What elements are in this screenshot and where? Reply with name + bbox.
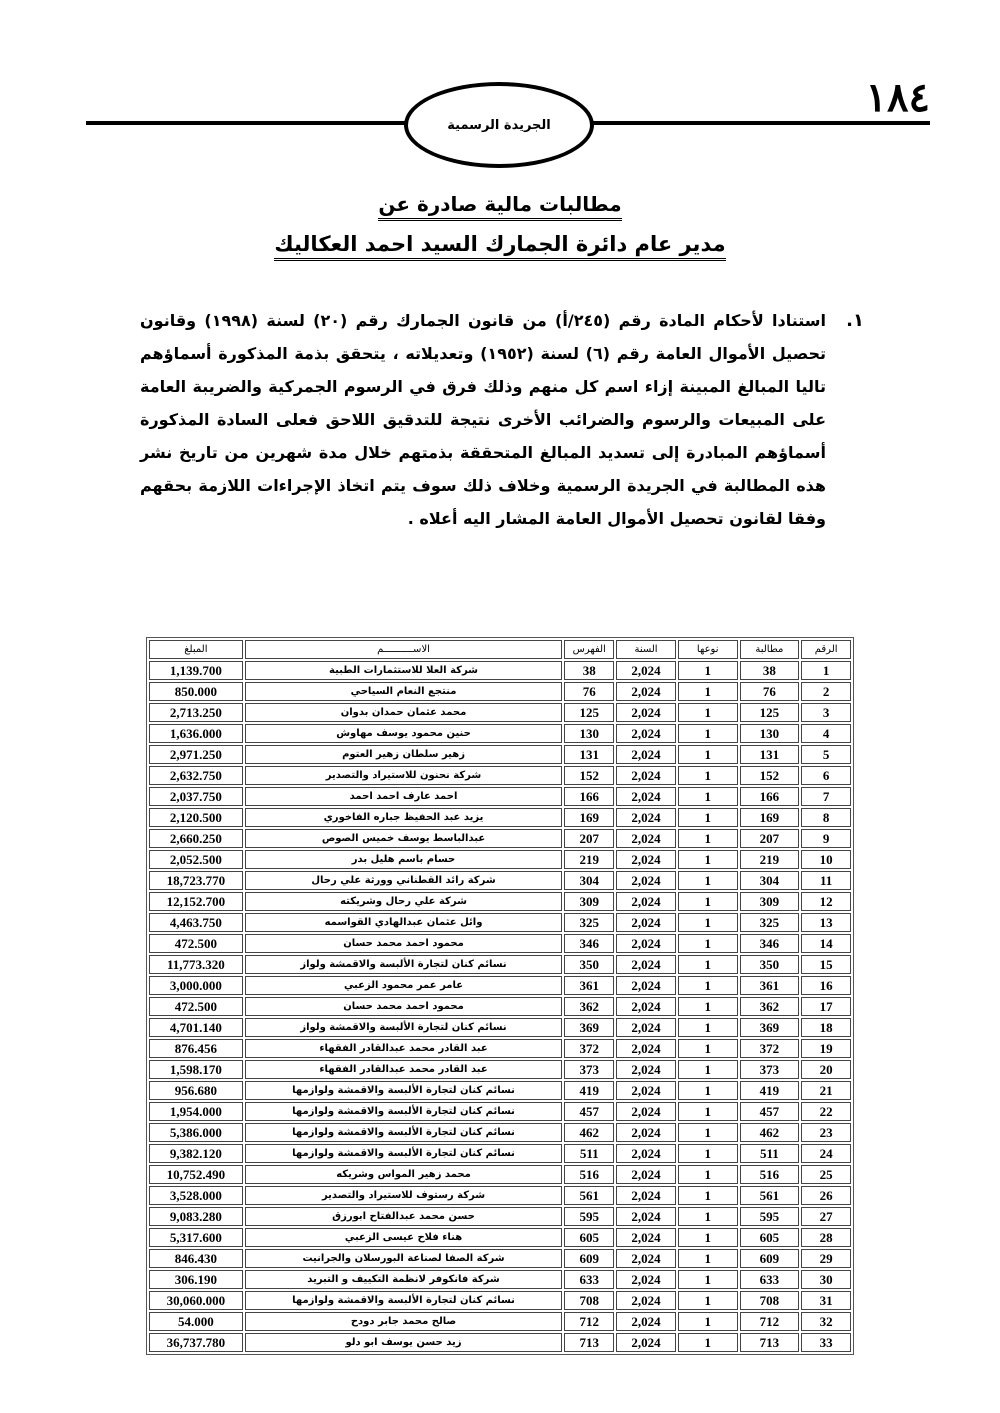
cell-idx: 31 [801, 1291, 851, 1310]
cell-idx: 32 [801, 1312, 851, 1331]
col-header-amount: المبلغ [149, 640, 243, 659]
table-row: 2037312,024373عبد القادر محمد عبدالقادر … [149, 1060, 851, 1079]
table-row: 816912,024169يزيد عبد الحفيظ جباره الفاخ… [149, 808, 851, 827]
table-body: 13812,02438شركة العلا للاستثمارات الطبية… [149, 661, 851, 1352]
cell-name: محمود احمد محمد حسان [245, 997, 563, 1016]
cell-idx: 5 [801, 745, 851, 764]
cell-type: 1 [678, 1060, 738, 1079]
cell-amount: 472.500 [149, 997, 243, 1016]
cell-amount: 36,737.780 [149, 1333, 243, 1352]
table-row: 615212,024152شركة نحنون للاستيراد والتصد… [149, 766, 851, 785]
cell-year: 2,024 [616, 745, 676, 764]
cell-idx: 14 [801, 934, 851, 953]
cell-amount: 3,000.000 [149, 976, 243, 995]
cell-type: 1 [678, 1102, 738, 1121]
cell-index: 561 [564, 1186, 614, 1205]
cell-idx: 26 [801, 1186, 851, 1205]
cell-claim: 462 [740, 1123, 800, 1142]
cell-amount: 9,382.120 [149, 1144, 243, 1163]
table-row: 1937212,024372عبد القادر محمد عبدالقادر … [149, 1039, 851, 1058]
table-row: 312512,024125محمد عثمان حمدان بدوان2,713… [149, 703, 851, 722]
cell-claim: 362 [740, 997, 800, 1016]
cell-index: 369 [564, 1018, 614, 1037]
cell-claim: 350 [740, 955, 800, 974]
cell-name: نسائم كنان لتجارة الألبسة والاقمشة ولواز… [245, 1081, 563, 1100]
cell-year: 2,024 [616, 871, 676, 890]
cell-idx: 2 [801, 682, 851, 701]
cell-year: 2,024 [616, 1249, 676, 1268]
cell-idx: 25 [801, 1165, 851, 1184]
cell-name: حنين محمود يوسف مهاوش [245, 724, 563, 743]
cell-amount: 4,701.140 [149, 1018, 243, 1037]
cell-name: نسائم كنان لتجارة الألبسة والاقمشة ولواز… [245, 1144, 563, 1163]
cell-index: 304 [564, 871, 614, 890]
cell-type: 1 [678, 1270, 738, 1289]
cell-year: 2,024 [616, 1165, 676, 1184]
cell-name: عبد القادر محمد عبدالقادر الفقهاء [245, 1039, 563, 1058]
cell-year: 2,024 [616, 1207, 676, 1226]
table-row: 2759512,024595حسن محمد عبدالفتاح ابورزق9… [149, 1207, 851, 1226]
cell-index: 708 [564, 1291, 614, 1310]
cell-year: 2,024 [616, 808, 676, 827]
cell-type: 1 [678, 1081, 738, 1100]
cell-claim: 713 [740, 1333, 800, 1352]
table-row: 3063312,024633شركة فانكوفر لانظمة التكيي… [149, 1270, 851, 1289]
cell-type: 1 [678, 661, 738, 680]
cell-amount: 54.000 [149, 1312, 243, 1331]
cell-index: 38 [564, 661, 614, 680]
cell-idx: 1 [801, 661, 851, 680]
cell-index: 130 [564, 724, 614, 743]
cell-type: 1 [678, 787, 738, 806]
publication-name: الجريدة الرسمية [447, 118, 551, 133]
cell-type: 1 [678, 871, 738, 890]
cell-amount: 2,971.250 [149, 745, 243, 764]
cell-claim: 419 [740, 1081, 800, 1100]
cell-index: 419 [564, 1081, 614, 1100]
cell-type: 1 [678, 745, 738, 764]
cell-claim: 130 [740, 724, 800, 743]
cell-index: 169 [564, 808, 614, 827]
cell-amount: 18,723.770 [149, 871, 243, 890]
cell-type: 1 [678, 892, 738, 911]
title-line-2: مدير عام دائرة الجمارك السيد احمد العكال… [274, 232, 725, 261]
cell-idx: 27 [801, 1207, 851, 1226]
cell-index: 633 [564, 1270, 614, 1289]
cell-index: 712 [564, 1312, 614, 1331]
cell-name: زهير سلطان زهير العتوم [245, 745, 563, 764]
cell-name: عامر عمر محمود الزعبي [245, 976, 563, 995]
table-row: 2245712,024457نسائم كنان لتجارة الألبسة … [149, 1102, 851, 1121]
cell-year: 2,024 [616, 850, 676, 869]
cell-claim: 309 [740, 892, 800, 911]
claims-table: الرقم مطالبة نوعها السنة الفهرس الاســــ… [146, 637, 854, 1355]
cell-index: 166 [564, 787, 614, 806]
title-line-1: مطالبات مالية صادرة عن [378, 192, 621, 221]
cell-type: 1 [678, 997, 738, 1016]
cell-amount: 9,083.280 [149, 1207, 243, 1226]
cell-idx: 16 [801, 976, 851, 995]
table-row: 3271212,024712صالح محمد جابر دودح54.000 [149, 1312, 851, 1331]
cell-name: شركة علي رحال وشريكته [245, 892, 563, 911]
cell-claim: 219 [740, 850, 800, 869]
cell-year: 2,024 [616, 976, 676, 995]
cell-year: 2,024 [616, 1039, 676, 1058]
cell-idx: 11 [801, 871, 851, 890]
table-row: 27612,02476منتجع النعام السياحي850.000 [149, 682, 851, 701]
cell-idx: 4 [801, 724, 851, 743]
cell-type: 1 [678, 976, 738, 995]
table-row: 1736212,024362محمود احمد محمد حسان472.50… [149, 997, 851, 1016]
cell-idx: 8 [801, 808, 851, 827]
cell-year: 2,024 [616, 829, 676, 848]
table-row: 1130412,024304شركة رائد القطناني وورثة ع… [149, 871, 851, 890]
cell-idx: 19 [801, 1039, 851, 1058]
cell-year: 2,024 [616, 1144, 676, 1163]
table-row: 1332512,024325وائل عثمان عبدالهادي القوا… [149, 913, 851, 932]
cell-idx: 30 [801, 1270, 851, 1289]
col-header-idx: الرقم [801, 640, 851, 659]
cell-claim: 372 [740, 1039, 800, 1058]
cell-name: محمود احمد محمد حسان [245, 934, 563, 953]
table-row: 2960912,024609شركة الصفا لصناعة البورسلا… [149, 1249, 851, 1268]
col-header-name: الاســــــــــم [245, 640, 563, 659]
cell-amount: 850.000 [149, 682, 243, 701]
cell-name: زيد حسن يوسف ابو دلو [245, 1333, 563, 1352]
cell-index: 516 [564, 1165, 614, 1184]
cell-claim: 131 [740, 745, 800, 764]
cell-name: نسائم كنان لتجارة الألبسة والاقمشة ولواز [245, 955, 563, 974]
cell-type: 1 [678, 1165, 738, 1184]
table-row: 3170812,024708نسائم كنان لتجارة الألبسة … [149, 1291, 851, 1310]
cell-name: وائل عثمان عبدالهادي القواسمه [245, 913, 563, 932]
cell-name: نسائم كنان لتجارة الألبسة والاقمشة ولواز… [245, 1123, 563, 1142]
cell-idx: 13 [801, 913, 851, 932]
cell-amount: 1,598.170 [149, 1060, 243, 1079]
cell-claim: 38 [740, 661, 800, 680]
cell-claim: 595 [740, 1207, 800, 1226]
table-row: 513112,024131زهير سلطان زهير العتوم2,971… [149, 745, 851, 764]
cell-type: 1 [678, 1228, 738, 1247]
cell-amount: 306.190 [149, 1270, 243, 1289]
notice-paragraph: استنادا لأحكام المادة رقم (٢٤٥/أ) من قان… [140, 304, 826, 535]
cell-type: 1 [678, 1333, 738, 1352]
cell-type: 1 [678, 1039, 738, 1058]
cell-year: 2,024 [616, 661, 676, 680]
cell-amount: 876.456 [149, 1039, 243, 1058]
cell-claim: 361 [740, 976, 800, 995]
cell-name: محمد عثمان حمدان بدوان [245, 703, 563, 722]
cell-type: 1 [678, 1312, 738, 1331]
cell-index: 361 [564, 976, 614, 995]
cell-amount: 2,037.750 [149, 787, 243, 806]
cell-year: 2,024 [616, 1291, 676, 1310]
cell-year: 2,024 [616, 1018, 676, 1037]
cell-year: 2,024 [616, 997, 676, 1016]
cell-idx: 9 [801, 829, 851, 848]
cell-idx: 29 [801, 1249, 851, 1268]
cell-amount: 2,660.250 [149, 829, 243, 848]
cell-amount: 2,632.750 [149, 766, 243, 785]
cell-idx: 17 [801, 997, 851, 1016]
cell-year: 2,024 [616, 1270, 676, 1289]
cell-year: 2,024 [616, 1333, 676, 1352]
cell-index: 125 [564, 703, 614, 722]
cell-type: 1 [678, 1144, 738, 1163]
table-row: 1230912,024309شركة علي رحال وشريكته12,15… [149, 892, 851, 911]
table-row: 1535012,024350نسائم كنان لتجارة الألبسة … [149, 955, 851, 974]
cell-amount: 4,463.750 [149, 913, 243, 932]
cell-index: 605 [564, 1228, 614, 1247]
table-row: 2451112,024511نسائم كنان لتجارة الألبسة … [149, 1144, 851, 1163]
cell-name: حسن محمد عبدالفتاح ابورزق [245, 1207, 563, 1226]
cell-type: 1 [678, 913, 738, 932]
cell-year: 2,024 [616, 682, 676, 701]
document-subtitle: مدير عام دائرة الجمارك السيد احمد العكال… [0, 232, 1000, 256]
cell-type: 1 [678, 1249, 738, 1268]
cell-amount: 11,773.320 [149, 955, 243, 974]
table-row: 1636112,024361عامر عمر محمود الزعبي3,000… [149, 976, 851, 995]
cell-year: 2,024 [616, 913, 676, 932]
table-row: 3371312,024713زيد حسن يوسف ابو دلو36,737… [149, 1333, 851, 1352]
cell-name: نسائم كنان لتجارة الألبسة والاقمشة ولواز… [245, 1291, 563, 1310]
cell-name: شركة الصفا لصناعة البورسلان والجرانيت [245, 1249, 563, 1268]
cell-type: 1 [678, 703, 738, 722]
cell-year: 2,024 [616, 1060, 676, 1079]
cell-name: عبد القادر محمد عبدالقادر الفقهاء [245, 1060, 563, 1079]
cell-year: 2,024 [616, 955, 676, 974]
cell-claim: 457 [740, 1102, 800, 1121]
cell-claim: 511 [740, 1144, 800, 1163]
cell-claim: 633 [740, 1270, 800, 1289]
table-row: 2860512,024605هناء فلاح عيسى الزعبي5,317… [149, 1228, 851, 1247]
cell-amount: 1,139.700 [149, 661, 243, 680]
table-row: 2141912,024419نسائم كنان لتجارة الألبسة … [149, 1081, 851, 1100]
col-header-index: الفهرس [564, 640, 614, 659]
cell-type: 1 [678, 1291, 738, 1310]
cell-claim: 325 [740, 913, 800, 932]
cell-amount: 5,317.600 [149, 1228, 243, 1247]
cell-name: يزيد عبد الحفيظ جباره الفاخوري [245, 808, 563, 827]
cell-index: 373 [564, 1060, 614, 1079]
table-row: 2656112,024561شركة رستوف للاستيراد والتص… [149, 1186, 851, 1205]
cell-amount: 5,386.000 [149, 1123, 243, 1142]
cell-amount: 1,954.000 [149, 1102, 243, 1121]
cell-year: 2,024 [616, 1228, 676, 1247]
cell-name: شركة العلا للاستثمارات الطبية [245, 661, 563, 680]
cell-year: 2,024 [616, 766, 676, 785]
col-header-type: نوعها [678, 640, 738, 659]
cell-idx: 6 [801, 766, 851, 785]
cell-claim: 346 [740, 934, 800, 953]
cell-claim: 373 [740, 1060, 800, 1079]
cell-index: 219 [564, 850, 614, 869]
table-row: 716612,024166احمد عارف احمد احمد2,037.75… [149, 787, 851, 806]
cell-name: هناء فلاح عيسى الزعبي [245, 1228, 563, 1247]
cell-year: 2,024 [616, 1186, 676, 1205]
cell-year: 2,024 [616, 1312, 676, 1331]
cell-idx: 33 [801, 1333, 851, 1352]
cell-amount: 30,060.000 [149, 1291, 243, 1310]
publication-oval: الجريدة الرسمية [404, 82, 594, 168]
cell-claim: 708 [740, 1291, 800, 1310]
cell-claim: 561 [740, 1186, 800, 1205]
cell-name: نسائم كنان لتجارة الألبسة والاقمشة ولواز [245, 1018, 563, 1037]
table-row: 2346212,024462نسائم كنان لتجارة الألبسة … [149, 1123, 851, 1142]
cell-type: 1 [678, 1018, 738, 1037]
document-title: مطالبات مالية صادرة عن [0, 192, 1000, 216]
cell-index: 76 [564, 682, 614, 701]
cell-idx: 24 [801, 1144, 851, 1163]
cell-idx: 20 [801, 1060, 851, 1079]
cell-year: 2,024 [616, 1081, 676, 1100]
cell-year: 2,024 [616, 1102, 676, 1121]
cell-idx: 28 [801, 1228, 851, 1247]
paragraph-number: ١. [846, 304, 864, 337]
cell-index: 362 [564, 997, 614, 1016]
cell-type: 1 [678, 1207, 738, 1226]
cell-year: 2,024 [616, 892, 676, 911]
cell-type: 1 [678, 955, 738, 974]
cell-idx: 15 [801, 955, 851, 974]
cell-index: 152 [564, 766, 614, 785]
table-row: 413012,024130حنين محمود يوسف مهاوش1,636.… [149, 724, 851, 743]
cell-type: 1 [678, 766, 738, 785]
cell-name: شركة نحنون للاستيراد والتصدير [245, 766, 563, 785]
cell-type: 1 [678, 850, 738, 869]
cell-name: شركة رستوف للاستيراد والتصدير [245, 1186, 563, 1205]
cell-name: شركة رائد القطناني وورثة علي رحال [245, 871, 563, 890]
table-row: 13812,02438شركة العلا للاستثمارات الطبية… [149, 661, 851, 680]
cell-name: عبدالباسط يوسف خميس الصوص [245, 829, 563, 848]
cell-year: 2,024 [616, 703, 676, 722]
cell-amount: 2,713.250 [149, 703, 243, 722]
cell-claim: 166 [740, 787, 800, 806]
cell-year: 2,024 [616, 787, 676, 806]
cell-idx: 22 [801, 1102, 851, 1121]
cell-index: 511 [564, 1144, 614, 1163]
cell-claim: 605 [740, 1228, 800, 1247]
cell-idx: 12 [801, 892, 851, 911]
cell-claim: 76 [740, 682, 800, 701]
cell-amount: 956.680 [149, 1081, 243, 1100]
cell-claim: 516 [740, 1165, 800, 1184]
cell-amount: 12,152.700 [149, 892, 243, 911]
cell-name: نسائم كنان لتجارة الألبسة والاقمشة ولواز… [245, 1102, 563, 1121]
cell-name: محمد زهير المواس وشريكه [245, 1165, 563, 1184]
cell-claim: 609 [740, 1249, 800, 1268]
cell-type: 1 [678, 724, 738, 743]
table-row: 1434612,024346محمود احمد محمد حسان472.50… [149, 934, 851, 953]
cell-amount: 846.430 [149, 1249, 243, 1268]
cell-amount: 2,120.500 [149, 808, 243, 827]
cell-name: شركة فانكوفر لانظمة التكييف و التبريد [245, 1270, 563, 1289]
cell-idx: 18 [801, 1018, 851, 1037]
cell-index: 372 [564, 1039, 614, 1058]
cell-index: 609 [564, 1249, 614, 1268]
page-number: ١٨٤ [866, 78, 930, 118]
cell-name: منتجع النعام السياحي [245, 682, 563, 701]
cell-idx: 23 [801, 1123, 851, 1142]
cell-index: 325 [564, 913, 614, 932]
cell-amount: 2,052.500 [149, 850, 243, 869]
cell-idx: 21 [801, 1081, 851, 1100]
cell-claim: 152 [740, 766, 800, 785]
cell-type: 1 [678, 934, 738, 953]
table-row: 1836912,024369نسائم كنان لتجارة الألبسة … [149, 1018, 851, 1037]
cell-claim: 712 [740, 1312, 800, 1331]
cell-name: احمد عارف احمد احمد [245, 787, 563, 806]
table-header-row: الرقم مطالبة نوعها السنة الفهرس الاســــ… [149, 640, 851, 659]
cell-amount: 10,752.490 [149, 1165, 243, 1184]
cell-index: 350 [564, 955, 614, 974]
cell-idx: 10 [801, 850, 851, 869]
cell-index: 346 [564, 934, 614, 953]
table-row: 2551612,024516محمد زهير المواس وشريكه10,… [149, 1165, 851, 1184]
cell-claim: 207 [740, 829, 800, 848]
cell-name: صالح محمد جابر دودح [245, 1312, 563, 1331]
cell-type: 1 [678, 829, 738, 848]
col-header-year: السنة [616, 640, 676, 659]
cell-amount: 472.500 [149, 934, 243, 953]
cell-index: 713 [564, 1333, 614, 1352]
cell-idx: 7 [801, 787, 851, 806]
cell-index: 457 [564, 1102, 614, 1121]
cell-year: 2,024 [616, 934, 676, 953]
cell-claim: 369 [740, 1018, 800, 1037]
cell-amount: 3,528.000 [149, 1186, 243, 1205]
table-row: 1021912,024219حسام باسم هليل بدر2,052.50… [149, 850, 851, 869]
table-row: 920712,024207عبدالباسط يوسف خميس الصوص2,… [149, 829, 851, 848]
cell-year: 2,024 [616, 724, 676, 743]
cell-index: 462 [564, 1123, 614, 1142]
cell-claim: 304 [740, 871, 800, 890]
cell-claim: 125 [740, 703, 800, 722]
cell-index: 595 [564, 1207, 614, 1226]
cell-name: حسام باسم هليل بدر [245, 850, 563, 869]
cell-type: 1 [678, 682, 738, 701]
cell-type: 1 [678, 808, 738, 827]
col-header-claim: مطالبة [740, 640, 800, 659]
cell-year: 2,024 [616, 1123, 676, 1142]
cell-type: 1 [678, 1123, 738, 1142]
cell-index: 131 [564, 745, 614, 764]
cell-index: 309 [564, 892, 614, 911]
cell-claim: 169 [740, 808, 800, 827]
cell-idx: 3 [801, 703, 851, 722]
cell-amount: 1,636.000 [149, 724, 243, 743]
cell-index: 207 [564, 829, 614, 848]
cell-type: 1 [678, 1186, 738, 1205]
